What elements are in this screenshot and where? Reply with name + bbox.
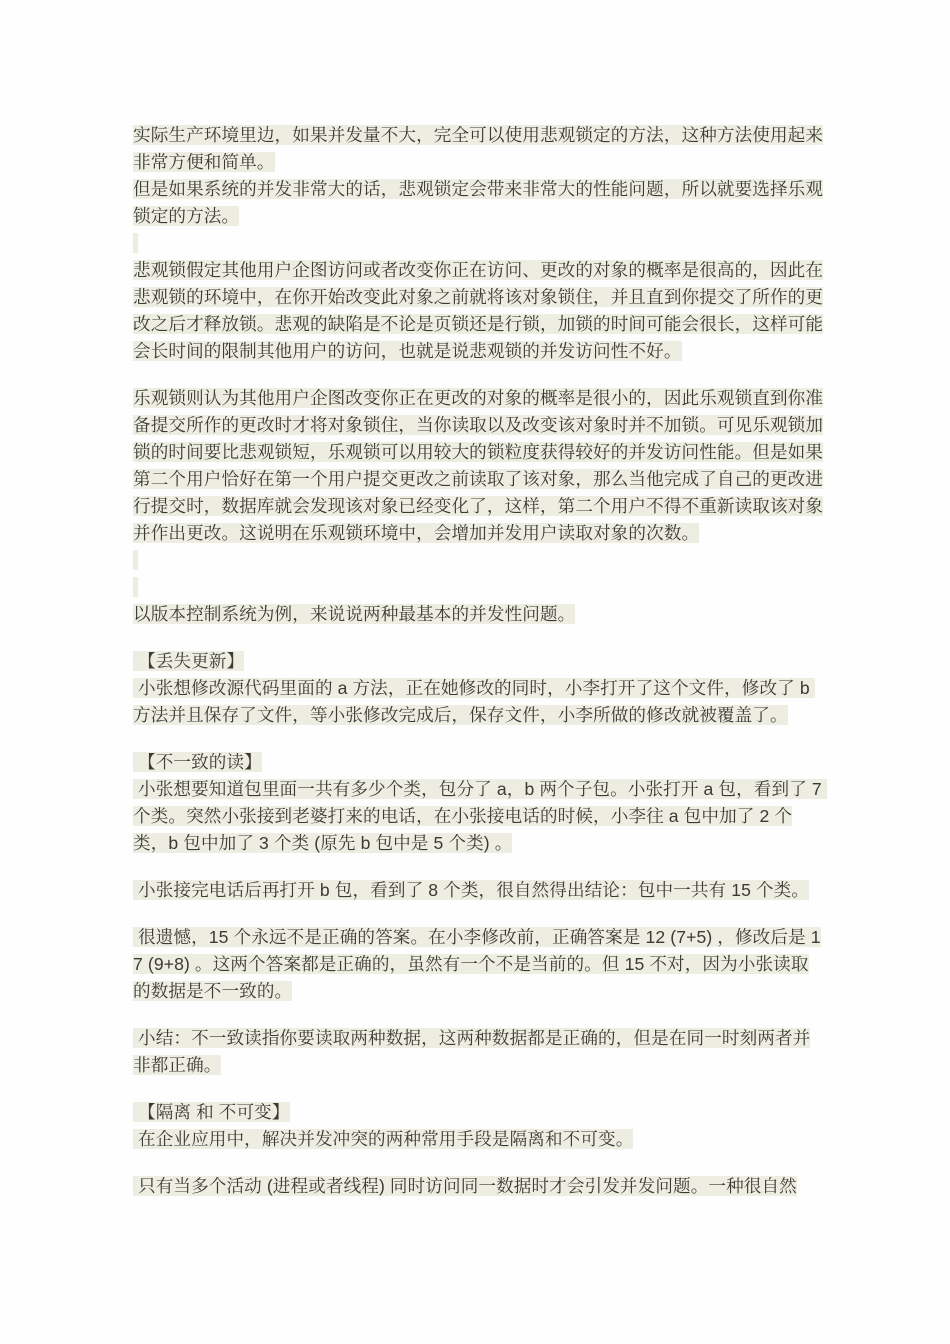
highlighted-text: 小张接完电话后再打开 b 包，看到了 8 个类，很自然得出结论：包中一共有 15… <box>133 880 809 900</box>
paragraph: 小张接完电话后再打开 b 包，看到了 8 个类，很自然得出结论：包中一共有 15… <box>133 877 825 904</box>
paragraph: 但是如果系统的并发非常大的话，悲观锁定会带来非常大的性能问题，所以就要选择乐观锁… <box>133 176 825 230</box>
paragraph: 很遗憾，15 个永远不是正确的答案。在小李修改前，正确答案是 12 (7+5) … <box>133 924 825 1005</box>
paragraph: 小张想要知道包里面一共有多少个类，包分了 a，b 两个子包。小张打开 a 包，看… <box>133 776 825 857</box>
highlighted-text <box>133 550 138 570</box>
highlighted-text: 很遗憾，15 个永远不是正确的答案。在小李修改前，正确答案是 12 (7+5) … <box>133 927 821 1001</box>
paragraph: 在企业应用中，解决并发冲突的两种常用手段是隔离和不可变。 <box>133 1126 825 1153</box>
paragraph: 乐观锁则认为其他用户企图改变你正在更改的对象的概率是很小的，因此乐观锁直到你准备… <box>133 385 825 547</box>
paragraph: 实际生产环境里边，如果并发量不大，完全可以使用悲观锁定的方法，这种方法使用起来非… <box>133 122 825 176</box>
empty-highlight-marker <box>133 230 825 257</box>
paragraph: 小张想修改源代码里面的 a 方法，正在她修改的同时，小李打开了这个文件，修改了 … <box>133 675 825 729</box>
highlighted-text: 实际生产环境里边，如果并发量不大，完全可以使用悲观锁定的方法，这种方法使用起来非… <box>133 125 823 172</box>
highlighted-text: 乐观锁则认为其他用户企图改变你正在更改的对象的概率是很小的，因此乐观锁直到你准备… <box>133 388 823 543</box>
paragraph: 以版本控制系统为例，来说说两种最基本的并发性问题。 <box>133 601 825 628</box>
highlighted-text <box>133 577 138 597</box>
highlighted-text: 但是如果系统的并发非常大的话，悲观锁定会带来非常大的性能问题，所以就要选择乐观锁… <box>133 179 823 226</box>
section-heading: 【丢失更新】 <box>133 648 825 675</box>
highlighted-text: 【不一致的读】 <box>133 752 262 772</box>
highlighted-text: 以版本控制系统为例，来说说两种最基本的并发性问题。 <box>133 604 575 624</box>
paragraph: 悲观锁假定其他用户企图访问或者改变你正在访问、更改的对象的概率是很高的，因此在悲… <box>133 257 825 365</box>
section-heading: 【不一致的读】 <box>133 749 825 776</box>
highlighted-text: 小结：不一致读指你要读取两种数据，这两种数据都是正确的，但是在同一时刻两者并非都… <box>133 1028 810 1075</box>
empty-highlight-marker <box>133 547 825 574</box>
highlighted-text: 【丢失更新】 <box>133 651 244 671</box>
highlighted-text: 小张想要知道包里面一共有多少个类，包分了 a，b 两个子包。小张打开 a 包，看… <box>133 779 827 853</box>
highlighted-text: 在企业应用中，解决并发冲突的两种常用手段是隔离和不可变。 <box>133 1129 633 1149</box>
page-content: 实际生产环境里边，如果并发量不大，完全可以使用悲观锁定的方法，这种方法使用起来非… <box>133 122 825 1200</box>
empty-highlight-marker <box>133 574 825 601</box>
highlighted-text <box>133 233 138 253</box>
paragraph: 只有当多个活动 (进程或者线程) 同时访问同一数据时才会引发并发问题。一种很自然 <box>133 1173 825 1200</box>
highlighted-text: 【隔离 和 不可变】 <box>133 1102 290 1122</box>
paragraph: 小结：不一致读指你要读取两种数据，这两种数据都是正确的，但是在同一时刻两者并非都… <box>133 1025 825 1079</box>
page: 实际生产环境里边，如果并发量不大，完全可以使用悲观锁定的方法，这种方法使用起来非… <box>0 0 950 1344</box>
highlighted-text: 只有当多个活动 (进程或者线程) 同时访问同一数据时才会引发并发问题。一种很自然 <box>133 1176 797 1196</box>
section-heading: 【隔离 和 不可变】 <box>133 1099 825 1126</box>
highlighted-text: 悲观锁假定其他用户企图访问或者改变你正在访问、更改的对象的概率是很高的，因此在悲… <box>133 260 823 361</box>
highlighted-text: 小张想修改源代码里面的 a 方法，正在她修改的同时，小李打开了这个文件，修改了 … <box>133 678 815 725</box>
